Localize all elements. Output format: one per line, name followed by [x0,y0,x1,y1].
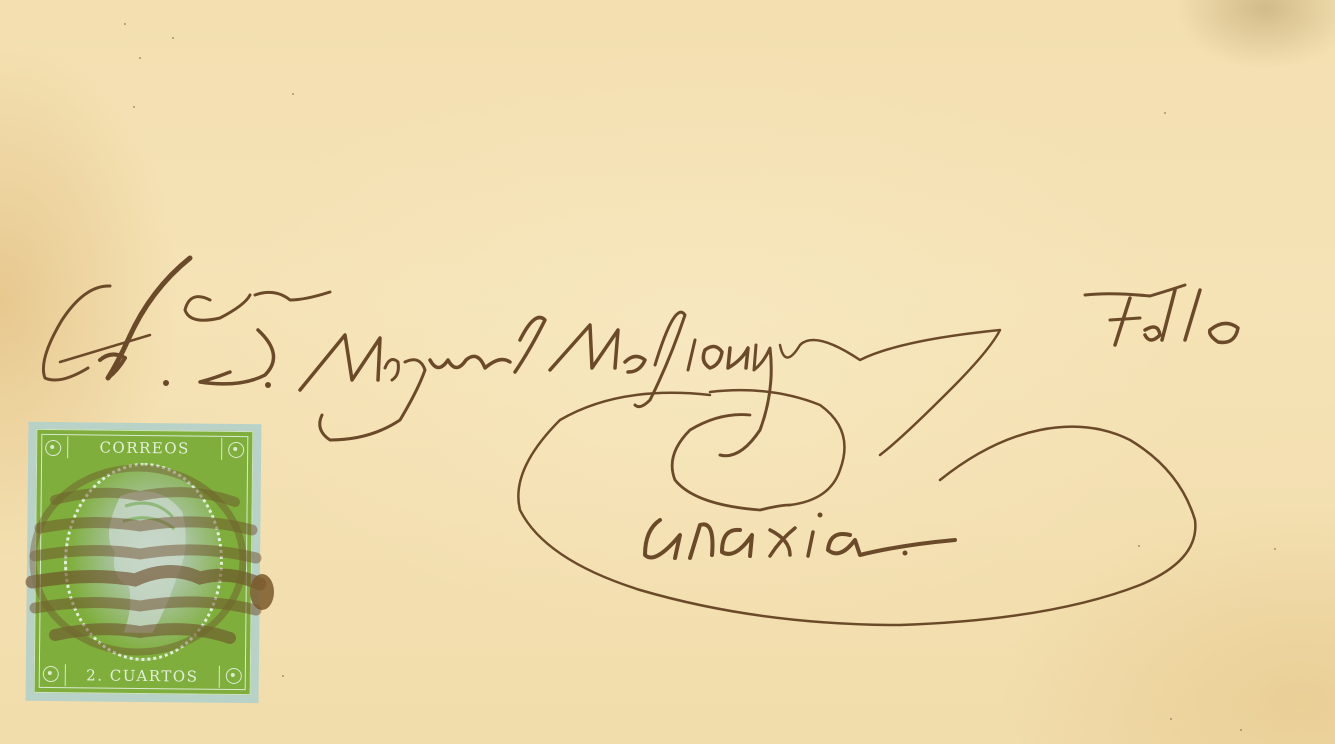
address-line-2: Canaria [0,0,1,1]
corner-ornament-icon [45,440,61,456]
paper-speck [133,106,135,108]
paper-speck [1138,545,1140,547]
paper-speck [1170,718,1172,720]
paper-speck [139,57,141,59]
corner-ornament-icon [226,668,242,684]
paper-speck [292,93,294,95]
paper-speck [1240,729,1242,731]
portrait-oval [63,462,224,662]
stamp-value-label: 2. CUARTOS [65,664,220,688]
paper-speck [1164,112,1166,114]
stamp-design: CORREOS 2. CUARTOS [34,429,254,695]
postage-stamp: CORREOS 2. CUARTOS [26,422,262,703]
paper-speck [1274,548,1276,550]
stamp-top-label: CORREOS [67,436,222,460]
corner-ornament-icon [43,666,59,682]
paper-speck [282,675,284,677]
envelope-cover: CORREOS 2. CUARTOS [0,0,1335,744]
corner-ornament-icon [228,442,244,458]
paper-speck [172,37,174,39]
paper-speck [124,23,126,25]
portrait-icon [66,465,221,659]
address-line-1: Sr. D. Miguel Masvieny Fello [0,0,1,1]
